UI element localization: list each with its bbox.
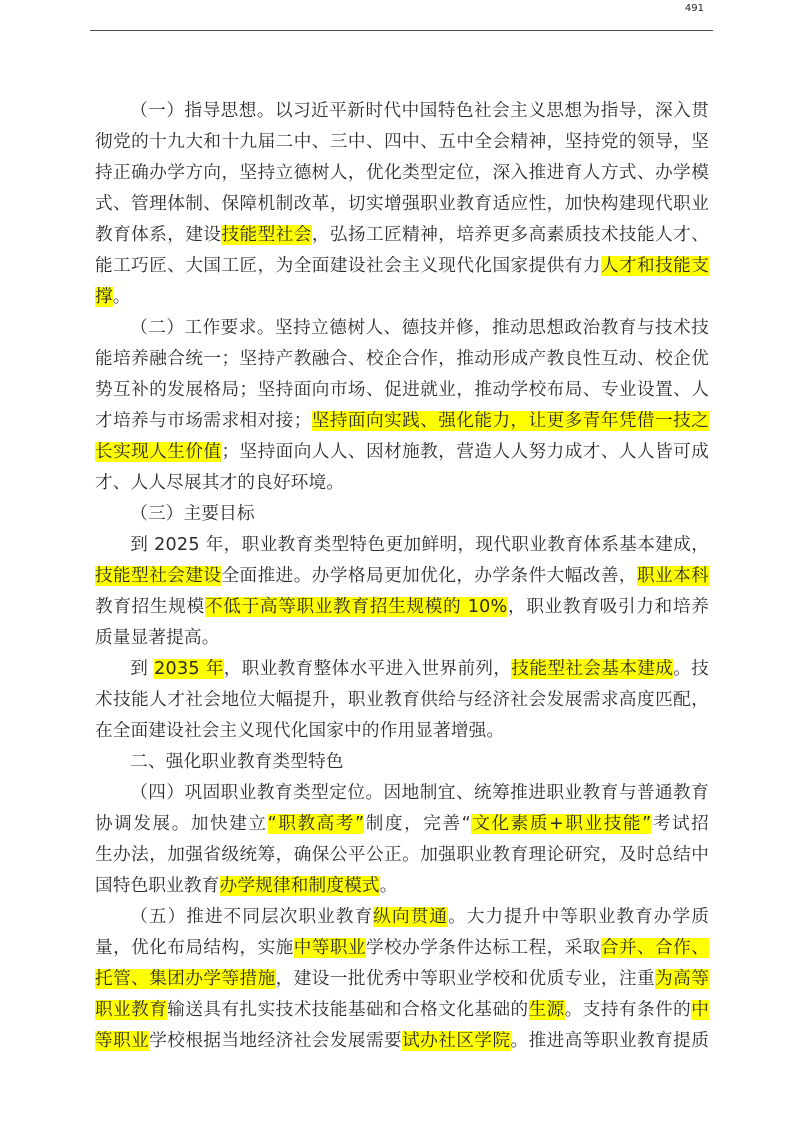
highlighted-text: 2035 年 xyxy=(154,659,224,679)
text-run: 量，优化布局结构，实施 xyxy=(95,938,294,958)
text-run: 协调发展。加快建立 xyxy=(95,814,268,834)
text-line: （四）巩固职业教育类型定位。因地制宜、统筹推进职业教育与普通教育 xyxy=(95,778,709,809)
highlighted-text: 技能型社会建设 xyxy=(95,566,221,586)
text-run: 持正确办学方向，坚持立德树人，优化类型定位，深入推进育人方式、办学模 xyxy=(95,163,709,183)
page-number: 491 xyxy=(685,3,704,14)
highlighted-text: 等职业 xyxy=(95,1031,149,1051)
highlighted-text: 人才和技能支 xyxy=(601,256,709,276)
text-line: 式、管理体制、保障机制改革，切实增强职业教育适应性，加快构建现代职业 xyxy=(95,189,709,220)
text-run: 到 xyxy=(130,659,154,679)
highlighted-text: 办学规律和制度模式 xyxy=(220,876,380,896)
text-run: 彻党的十九大和十九届二中、三中、四中、五中全会精神，坚持党的领导，坚 xyxy=(95,132,709,152)
text-run: 势互补的发展格局；坚持面向市场、促进就业，推动学校布局、专业设置、人 xyxy=(95,380,709,400)
text-run: 学校办学条件达标工程，采取 xyxy=(366,938,601,958)
text-run: 生办法，加强省级统筹，确保公平公正。加强职业教育理论研究，及时总结中 xyxy=(95,845,709,865)
highlighted-text: 职业教育 xyxy=(95,1000,167,1020)
text-run: 国特色职业教育 xyxy=(95,876,220,896)
highlighted-text: 坚持面向实践、强化能力，让更多青年凭借一技之 xyxy=(312,411,709,431)
text-line: 才培养与市场需求相对接；坚持面向实践、强化能力，让更多青年凭借一技之 xyxy=(95,406,709,437)
text-run: 制度，完善“ xyxy=(364,814,471,834)
text-run: 教育招生规模 xyxy=(95,597,205,617)
text-line: 术技能人才社会地位大幅提升，职业教育供给与经济社会发展需求高度匹配， xyxy=(95,685,709,716)
document-body: （一）指导思想。以习近平新时代中国特色社会主义思想为指导，深入贯彻党的十九大和十… xyxy=(95,96,709,1057)
highlighted-text: 长实现人生价值 xyxy=(95,442,221,462)
text-line: 势互补的发展格局；坚持面向市场、促进就业，推动学校布局、专业设置、人 xyxy=(95,375,709,406)
text-run: 。技 xyxy=(673,659,709,679)
text-line: 托管、集团办学等措施，建设一批优秀中等职业学校和优质专业，注重为高等 xyxy=(95,964,709,995)
text-line: （一）指导思想。以习近平新时代中国特色社会主义思想为指导，深入贯 xyxy=(95,96,709,127)
text-run: （三）主要目标 xyxy=(130,504,255,524)
text-run: 质量显著提高。 xyxy=(95,628,220,648)
text-run: 在全面建设社会主义现代化国家中的作用显著增强。 xyxy=(95,721,504,741)
text-line: 到 2035 年，职业教育整体水平进入世界前列，技能型社会基本建成。技 xyxy=(95,654,709,685)
text-line: 撑。 xyxy=(95,282,709,313)
paragraph-p6: 二、强化职业教育类型特色 xyxy=(95,747,709,778)
text-line: 长实现人生价值；坚持面向人人、因材施教，营造人人努力成才、人人皆可成 xyxy=(95,437,709,468)
text-line: 职业教育输送具有扎实技术技能基础和合格文化基础的生源。支持有条件的中 xyxy=(95,995,709,1026)
highlighted-text: 试办社区学院 xyxy=(402,1031,510,1051)
text-line: 教育招生规模不低于高等职业教育招生规模的 10%，职业教育吸引力和培养 xyxy=(95,592,709,623)
highlighted-text: 中 xyxy=(691,1000,709,1020)
text-run: 术技能人才社会地位大幅提升，职业教育供给与经济社会发展需求高度匹配， xyxy=(95,690,709,710)
text-run: （一）指导思想。以习近平新时代中国特色社会主义思想为指导，深入贯 xyxy=(130,101,709,121)
highlighted-text: 不低于高等职业教育招生规模的 10% xyxy=(205,597,508,617)
paragraph-p7: （四）巩固职业教育类型定位。因地制宜、统筹推进职业教育与普通教育协调发展。加快建… xyxy=(95,778,709,902)
text-run: 能工巧匠、大国工匠，为全面建设社会主义现代化国家提供有力 xyxy=(95,256,601,276)
header-divider xyxy=(90,30,713,31)
highlighted-text: 技能型社会 xyxy=(221,225,311,245)
paragraph-p5: 到 2035 年，职业教育整体水平进入世界前列，技能型社会基本建成。技术技能人才… xyxy=(95,654,709,747)
text-run: 。支持有条件的 xyxy=(565,1000,691,1020)
highlighted-text: 托管、集团办学等措施 xyxy=(95,969,276,989)
text-run: 输送具有扎实技术技能基础和合格文化基础的 xyxy=(167,1000,528,1020)
paragraph-p2: （二）工作要求。坚持立德树人、德技并修，推动思想政治教育与技术技能培养融合统一；… xyxy=(95,313,709,499)
highlighted-text: 纵向贯通 xyxy=(373,907,448,927)
highlighted-text: 为高等 xyxy=(655,969,709,989)
text-run: 教育体系，建设 xyxy=(95,225,221,245)
text-line: 生办法，加强省级统筹，确保公平公正。加强职业教育理论研究，及时总结中 xyxy=(95,840,709,871)
text-line: 质量显著提高。 xyxy=(95,623,709,654)
highlighted-text: 合并、合作、 xyxy=(601,938,709,958)
text-run: 考试招 xyxy=(651,814,709,834)
text-line: 能培养融合统一；坚持产教融合、校企合作，推动形成产教良性互动、校企优 xyxy=(95,344,709,375)
text-run: 。 xyxy=(380,876,398,896)
paragraph-p3: （三）主要目标 xyxy=(95,499,709,530)
text-line: 彻党的十九大和十九届二中、三中、四中、五中全会精神，坚持党的领导，坚 xyxy=(95,127,709,158)
text-run: （五）推进不同层次职业教育 xyxy=(130,907,373,927)
text-run: ，弘扬工匠精神，培养更多高素质技术技能人才、 xyxy=(312,225,709,245)
text-run: 式、管理体制、保障机制改革，切实增强职业教育适应性，加快构建现代职业 xyxy=(95,194,709,214)
text-run: 才、人人尽展其才的良好环境。 xyxy=(95,473,344,493)
text-run: 。大力提升中等职业教育办学质 xyxy=(448,907,709,927)
paragraph-p1: （一）指导思想。以习近平新时代中国特色社会主义思想为指导，深入贯彻党的十九大和十… xyxy=(95,96,709,313)
text-line: 持正确办学方向，坚持立德树人，优化类型定位，深入推进育人方式、办学模 xyxy=(95,158,709,189)
text-run: 学校根据当地经济社会发展需要 xyxy=(149,1031,402,1051)
text-run: 。 xyxy=(113,287,131,307)
text-run: 到 2025 年，职业教育类型特色更加鲜明，现代职业教育体系基本建成， xyxy=(130,535,709,555)
text-line: 教育体系，建设技能型社会，弘扬工匠精神，培养更多高素质技术技能人才、 xyxy=(95,220,709,251)
highlighted-text: 技能型社会基本建成 xyxy=(511,659,673,679)
text-run: （二）工作要求。坚持立德树人、德技并修，推动思想政治教育与技术技 xyxy=(130,318,709,338)
text-run: 。推进高等职业教育提质 xyxy=(511,1031,709,1051)
text-line: 等职业学校根据当地经济社会发展需要试办社区学院。推进高等职业教育提质 xyxy=(95,1026,709,1057)
text-run: ，建设一批优秀中等职业学校和优质专业，注重 xyxy=(276,969,655,989)
paragraph-p4: 到 2025 年，职业教育类型特色更加鲜明，现代职业教育体系基本建成，技能型社会… xyxy=(95,530,709,654)
text-line: （二）工作要求。坚持立德树人、德技并修，推动思想政治教育与技术技 xyxy=(95,313,709,344)
text-run: ，职业教育整体水平进入世界前列， xyxy=(224,659,512,679)
text-line: 二、强化职业教育类型特色 xyxy=(95,747,709,778)
text-run: ，职业教育吸引力和培养 xyxy=(507,597,709,617)
text-run: ；坚持面向人人、因材施教，营造人人努力成才、人人皆可成 xyxy=(221,442,709,462)
highlighted-text: “职教高考” xyxy=(268,814,365,834)
text-run: （四）巩固职业教育类型定位。因地制宜、统筹推进职业教育与普通教育 xyxy=(130,783,709,803)
text-line: 国特色职业教育办学规律和制度模式。 xyxy=(95,871,709,902)
highlighted-text: 生源 xyxy=(529,1000,565,1020)
text-line: 才、人人尽展其才的良好环境。 xyxy=(95,468,709,499)
highlighted-text: 中等职业 xyxy=(294,938,366,958)
text-line: （五）推进不同层次职业教育纵向贯通。大力提升中等职业教育办学质 xyxy=(95,902,709,933)
text-line: 到 2025 年，职业教育类型特色更加鲜明，现代职业教育体系基本建成， xyxy=(95,530,709,561)
text-line: 技能型社会建设全面推进。办学格局更加优化，办学条件大幅改善，职业本科 xyxy=(95,561,709,592)
paragraph-p8: （五）推进不同层次职业教育纵向贯通。大力提升中等职业教育办学质量，优化布局结构，… xyxy=(95,902,709,1057)
text-run: 才培养与市场需求相对接； xyxy=(95,411,312,431)
text-run: 全面推进。办学格局更加优化，办学条件大幅改善， xyxy=(221,566,637,586)
text-line: 协调发展。加快建立“职教高考”制度，完善“文化素质+职业技能”考试招 xyxy=(95,809,709,840)
text-run: 能培养融合统一；坚持产教融合、校企合作，推动形成产教良性互动、校企优 xyxy=(95,349,709,369)
highlighted-text: 职业本科 xyxy=(637,566,709,586)
highlighted-text: 文化素质+职业技能” xyxy=(471,814,651,834)
highlighted-text: 撑 xyxy=(95,287,113,307)
text-line: 能工巧匠、大国工匠，为全面建设社会主义现代化国家提供有力人才和技能支 xyxy=(95,251,709,282)
text-run: 二、强化职业教育类型特色 xyxy=(130,752,344,772)
text-line: 在全面建设社会主义现代化国家中的作用显著增强。 xyxy=(95,716,709,747)
text-line: 量，优化布局结构，实施中等职业学校办学条件达标工程，采取合并、合作、 xyxy=(95,933,709,964)
text-line: （三）主要目标 xyxy=(95,499,709,530)
